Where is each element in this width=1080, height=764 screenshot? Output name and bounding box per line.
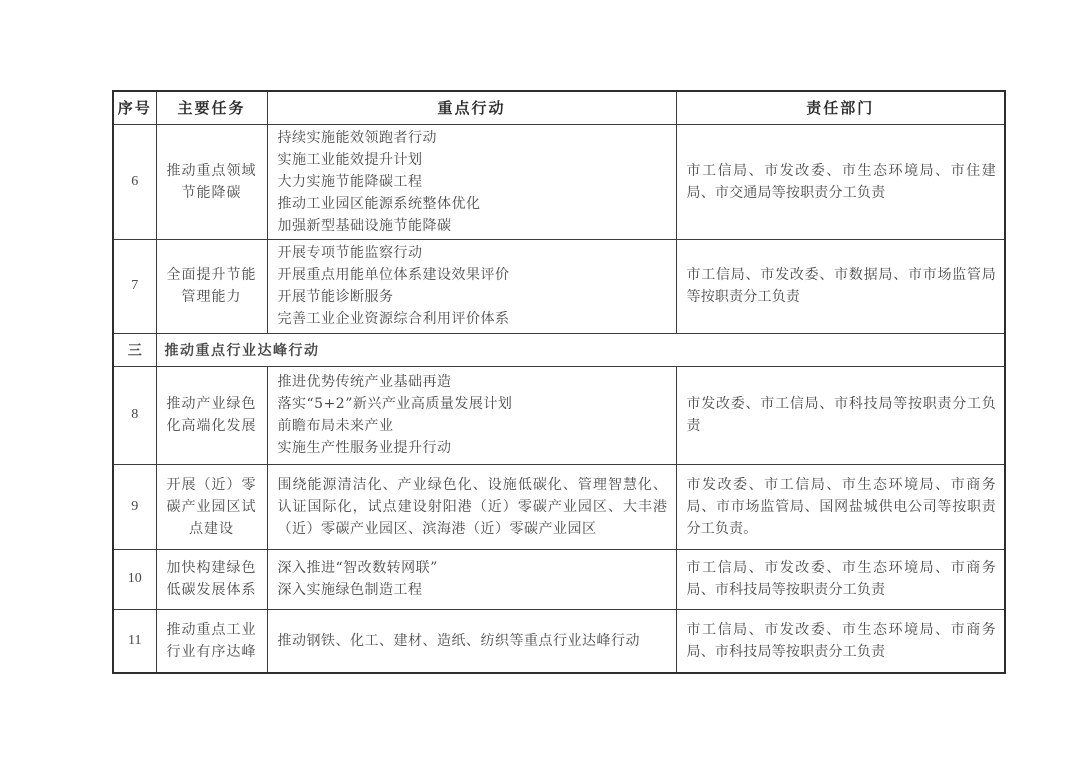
table-row: 6 推动重点领域节能降碳 持续实施能效领跑者行动实施工业能效提升计划大力实施节能… bbox=[113, 124, 1005, 239]
department-cell: 市工信局、市发改委、市生态环境局、市住建局、市交通局等按职责分工负责 bbox=[676, 124, 1005, 239]
task-cell: 推动产业绿色化高端化发展 bbox=[156, 366, 267, 464]
actions-cell: 开展专项节能监察行动开展重点用能单位体系建设效果评价开展节能诊断服务完善工业企业… bbox=[267, 239, 676, 333]
task-cell: 开展（近）零碳产业园区试点建设 bbox=[156, 464, 267, 549]
header-seq-no: 序号 bbox=[113, 91, 156, 124]
document-page: 序号 主要任务 重点行动 责任部门 6 推动重点领域节能降碳 持续实施能效领跑者… bbox=[0, 0, 1080, 764]
table-row: 10 加快构建绿色低碳发展体系 深入推进“智改数转网联”深入实施绿色制造工程 市… bbox=[113, 549, 1005, 609]
header-responsible-dept: 责任部门 bbox=[676, 91, 1005, 124]
row-number-cell: 6 bbox=[113, 124, 156, 239]
section-title-cell: 推动重点行业达峰行动 bbox=[156, 333, 1005, 366]
actions-cell: 深入推进“智改数转网联”深入实施绿色制造工程 bbox=[267, 549, 676, 609]
department-cell: 市工信局、市发改委、市数据局、市市场监管局等按职责分工负责 bbox=[676, 239, 1005, 333]
table-row: 9 开展（近）零碳产业园区试点建设 围绕能源清洁化、产业绿色化、设施低碳化、管理… bbox=[113, 464, 1005, 549]
actions-cell: 围绕能源清洁化、产业绿色化、设施低碳化、管理智慧化、认证国际化，试点建设射阳港（… bbox=[267, 464, 676, 549]
task-cell: 推动重点工业行业有序达峰 bbox=[156, 609, 267, 673]
department-cell: 市发改委、市工信局、市科技局等按职责分工负责 bbox=[676, 366, 1005, 464]
task-table: 序号 主要任务 重点行动 责任部门 6 推动重点领域节能降碳 持续实施能效领跑者… bbox=[112, 90, 1006, 674]
table-header-row: 序号 主要任务 重点行动 责任部门 bbox=[113, 91, 1005, 124]
row-number-cell: 10 bbox=[113, 549, 156, 609]
department-cell: 市工信局、市发改委、市生态环境局、市商务局、市科技局等按职责分工负责 bbox=[676, 609, 1005, 673]
table-row: 8 推动产业绿色化高端化发展 推进优势传统产业基础再造落实“5+2”新兴产业高质… bbox=[113, 366, 1005, 464]
header-key-actions: 重点行动 bbox=[267, 91, 676, 124]
table-row: 11 推动重点工业行业有序达峰 推动钢铁、化工、建材、造纸、纺织等重点行业达峰行… bbox=[113, 609, 1005, 673]
row-number-cell: 11 bbox=[113, 609, 156, 673]
row-number-cell: 8 bbox=[113, 366, 156, 464]
task-cell: 全面提升节能管理能力 bbox=[156, 239, 267, 333]
department-cell: 市发改委、市工信局、市生态环境局、市商务局、市市场监管局、国网盐城供电公司等按职… bbox=[676, 464, 1005, 549]
header-main-task: 主要任务 bbox=[156, 91, 267, 124]
section-number-cell: 三 bbox=[113, 333, 156, 366]
row-number-cell: 9 bbox=[113, 464, 156, 549]
row-number-cell: 7 bbox=[113, 239, 156, 333]
section-header-row: 三 推动重点行业达峰行动 bbox=[113, 333, 1005, 366]
table-row: 7 全面提升节能管理能力 开展专项节能监察行动开展重点用能单位体系建设效果评价开… bbox=[113, 239, 1005, 333]
task-cell: 推动重点领域节能降碳 bbox=[156, 124, 267, 239]
actions-cell: 推动钢铁、化工、建材、造纸、纺织等重点行业达峰行动 bbox=[267, 609, 676, 673]
actions-cell: 持续实施能效领跑者行动实施工业能效提升计划大力实施节能降碳工程推动工业园区能源系… bbox=[267, 124, 676, 239]
department-cell: 市工信局、市发改委、市生态环境局、市商务局、市科技局等按职责分工负责 bbox=[676, 549, 1005, 609]
task-cell: 加快构建绿色低碳发展体系 bbox=[156, 549, 267, 609]
actions-cell: 推进优势传统产业基础再造落实“5+2”新兴产业高质量发展计划前瞻布局未来产业实施… bbox=[267, 366, 676, 464]
